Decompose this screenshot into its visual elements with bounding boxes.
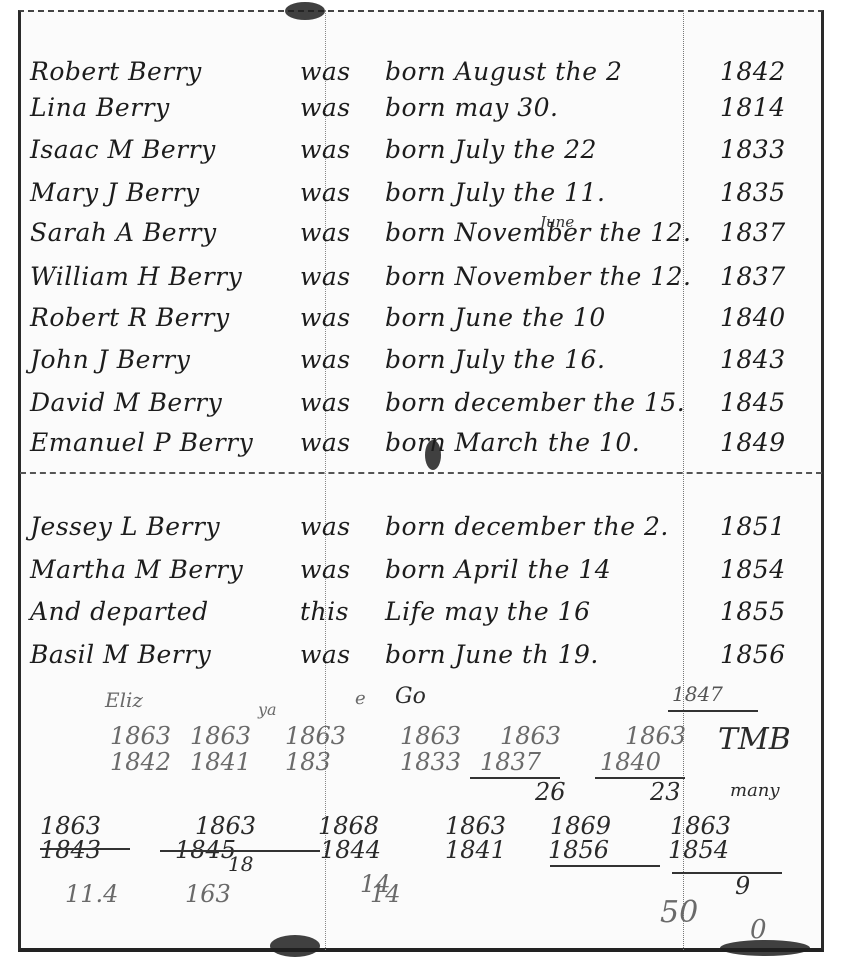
calc-value: 1863 bbox=[190, 722, 251, 750]
person-name: John J Berry bbox=[30, 345, 190, 374]
calc-rule bbox=[672, 872, 782, 874]
birth-date: born March the 10. bbox=[385, 428, 640, 457]
person-name: Basil M Berry bbox=[30, 640, 211, 669]
birth-record-entry: Robert Berrywasborn August the 21842 bbox=[30, 57, 810, 91]
calc-result: 14 bbox=[360, 870, 391, 898]
record-verb: was bbox=[300, 388, 351, 417]
calc-result: 26 bbox=[535, 778, 566, 806]
record-verb: was bbox=[300, 303, 351, 332]
person-name: Emanuel P Berry bbox=[30, 428, 253, 457]
calc-note: Go bbox=[395, 684, 426, 709]
record-verb: was bbox=[300, 640, 351, 669]
calc-note: e bbox=[355, 688, 366, 709]
calc-value: 1843 bbox=[40, 836, 101, 864]
calc-value: 1841 bbox=[445, 836, 506, 864]
record-verb: was bbox=[300, 135, 351, 164]
birth-year: 1842 bbox=[720, 57, 786, 86]
calc-value: 1833 bbox=[400, 748, 461, 776]
birth-record-entry: Isaac M Berrywasborn July the 221833 bbox=[30, 135, 810, 169]
calc-value: 1863 bbox=[500, 722, 561, 750]
birth-year: 1843 bbox=[720, 345, 786, 374]
birth-record-entry: John J Berrywasborn July the 16.1843 bbox=[30, 345, 810, 379]
birth-year: 1840 bbox=[720, 303, 786, 332]
calc-result: 23 bbox=[650, 778, 681, 806]
calc-value: 1841 bbox=[190, 748, 251, 776]
birth-year: 1849 bbox=[720, 428, 786, 457]
birth-record-entry: Sarah A Berrywasborn November the 12.183… bbox=[30, 218, 810, 252]
birth-date: born June th 19. bbox=[385, 640, 599, 669]
fold-line-horizontal bbox=[20, 472, 822, 474]
margin-note: 50 bbox=[660, 895, 698, 930]
person-name: Isaac M Berry bbox=[30, 135, 216, 164]
ink-blot-top bbox=[285, 2, 325, 20]
ink-blot-bottom-left bbox=[270, 935, 320, 957]
person-name: Jessey L Berry bbox=[30, 512, 220, 541]
person-name: Robert R Berry bbox=[30, 303, 230, 332]
birth-year: 1854 bbox=[720, 555, 786, 584]
birth-date: born April the 14 bbox=[385, 555, 611, 584]
record-verb: was bbox=[300, 512, 351, 541]
calc-value: 1856 bbox=[548, 836, 609, 864]
calc-value: 1854 bbox=[668, 836, 729, 864]
birth-year: 1856 bbox=[720, 640, 786, 669]
birth-date: born december the 2. bbox=[385, 512, 669, 541]
birth-year: 1835 bbox=[720, 178, 786, 207]
record-verb: was bbox=[300, 57, 351, 86]
margin-note: 1847 bbox=[672, 682, 723, 706]
birth-year: 1851 bbox=[720, 512, 786, 541]
birth-year: 1837 bbox=[720, 218, 786, 247]
calc-value: 1863 bbox=[110, 722, 171, 750]
birth-year: 1837 bbox=[720, 262, 786, 291]
birth-record-entry: And departedthisLife may the 161855 bbox=[30, 597, 810, 631]
calc-rule bbox=[550, 865, 660, 867]
calc-value: 1844 bbox=[320, 836, 381, 864]
person-name: Lina Berry bbox=[30, 93, 170, 122]
calc-note: ya bbox=[258, 700, 277, 719]
birth-record-entry: Robert R Berrywasborn June the 101840 bbox=[30, 303, 810, 337]
calc-value: 1863 bbox=[285, 722, 346, 750]
calc-rule bbox=[668, 710, 758, 712]
person-name: Sarah A Berry bbox=[30, 218, 217, 247]
birth-date: born July the 11. bbox=[385, 178, 605, 207]
person-name: Mary J Berry bbox=[30, 178, 200, 207]
calc-value: 163 bbox=[185, 880, 231, 908]
person-name: And departed bbox=[30, 597, 209, 626]
birth-date: born August the 2 bbox=[385, 57, 622, 86]
birth-date: born may 30. bbox=[385, 93, 559, 122]
record-verb: was bbox=[300, 555, 351, 584]
birth-record-entry: Mary J Berrywasborn July the 11.1835 bbox=[30, 178, 810, 212]
person-name: William H Berry bbox=[30, 262, 242, 291]
birth-date: born July the 16. bbox=[385, 345, 605, 374]
calc-value: 1840 bbox=[600, 748, 661, 776]
person-name: Robert Berry bbox=[30, 57, 202, 86]
birth-date: born december the 15. bbox=[385, 388, 685, 417]
calc-result: 18 bbox=[228, 852, 253, 876]
birth-record-entry: Jessey L Berrywasborn december the 2.185… bbox=[30, 512, 810, 546]
margin-note: 0 bbox=[750, 915, 767, 945]
birth-date: born July the 22 bbox=[385, 135, 597, 164]
birth-date: Life may the 16 bbox=[385, 597, 590, 626]
calc-value: 1863 bbox=[625, 722, 686, 750]
record-verb: this bbox=[300, 597, 349, 626]
birth-record-entry: Lina Berrywasborn may 30.1814 bbox=[30, 93, 810, 127]
margin-note: TMB bbox=[718, 722, 791, 757]
calc-value: 11.4 bbox=[65, 880, 118, 908]
calc-result: 9 bbox=[735, 872, 750, 900]
calc-value: 1863 bbox=[400, 722, 461, 750]
birth-record-entry: William H Berrywasborn November the 12.1… bbox=[30, 262, 810, 296]
birth-date: born November the 12. bbox=[385, 218, 691, 247]
birth-year: 1855 bbox=[720, 597, 786, 626]
person-name: Martha M Berry bbox=[30, 555, 243, 584]
calc-rule bbox=[40, 848, 130, 850]
birth-date: born June the 10 bbox=[385, 303, 606, 332]
person-name: David M Berry bbox=[30, 388, 222, 417]
calc-note: Eliz bbox=[105, 688, 143, 712]
record-verb: was bbox=[300, 218, 351, 247]
record-verb: was bbox=[300, 178, 351, 207]
birth-record-entry: Emanuel P Berrywasborn March the 10.1849 bbox=[30, 428, 810, 462]
birth-year: 1845 bbox=[720, 388, 786, 417]
birth-year: 1814 bbox=[720, 93, 786, 122]
birth-year: 1833 bbox=[720, 135, 786, 164]
record-verb: was bbox=[300, 345, 351, 374]
calc-value: 1842 bbox=[110, 748, 171, 776]
record-verb: was bbox=[300, 262, 351, 291]
calc-value: 1837 bbox=[480, 748, 541, 776]
birth-date: born November the 12. bbox=[385, 262, 691, 291]
margin-note: many bbox=[730, 780, 780, 801]
record-verb: was bbox=[300, 93, 351, 122]
birth-record-entry: David M Berrywasborn december the 15.184… bbox=[30, 388, 810, 422]
birth-record-entry: Martha M Berrywasborn April the 141854 bbox=[30, 555, 810, 589]
record-verb: was bbox=[300, 428, 351, 457]
annotation-june: June bbox=[540, 213, 574, 231]
birth-record-entry: Basil M Berrywasborn June th 19.1856 bbox=[30, 640, 810, 674]
calc-value: 183 bbox=[285, 748, 331, 776]
